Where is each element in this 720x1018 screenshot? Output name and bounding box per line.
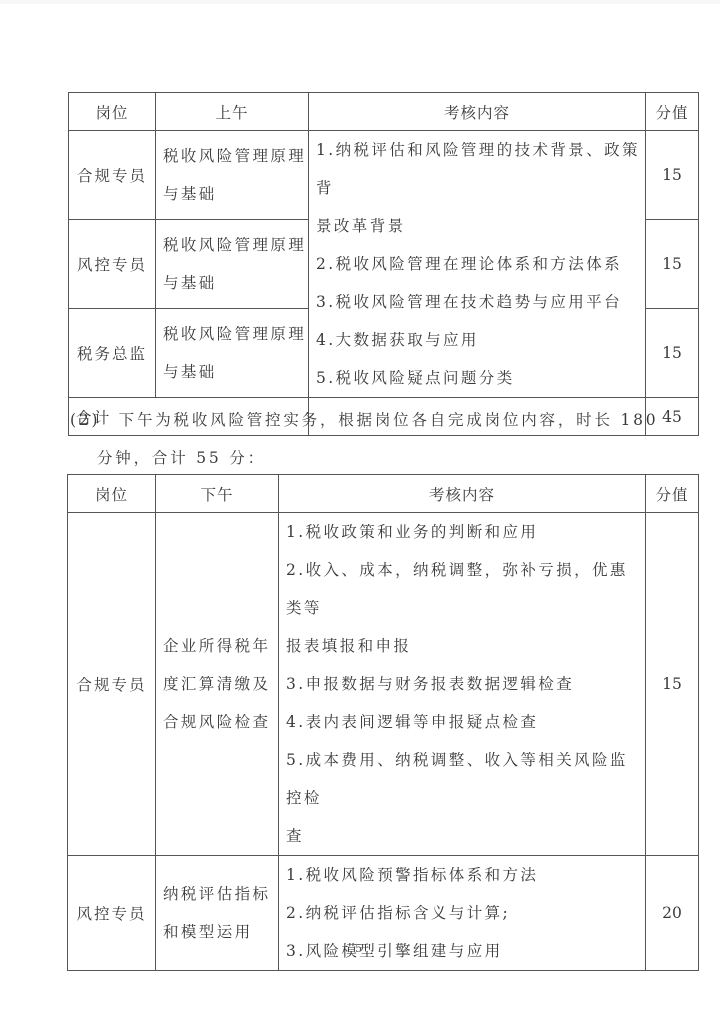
subject-line: 与基础	[163, 175, 308, 213]
subject-line: 纳税评估指标	[163, 875, 278, 913]
table-row: 合规专员 税收风险管理原理 与基础 1.纳税评估和风险管理的技术背景、政策背 景…	[69, 131, 699, 220]
content-line: 5.成本费用、纳税调整、收入等相关风险监控检	[286, 741, 645, 817]
subject-cell: 纳税评估指标 和模型运用	[156, 856, 279, 971]
header-position: 岗位	[69, 93, 156, 131]
subject-line: 合规风险检查	[163, 703, 278, 741]
content-line: 景改革背景	[316, 207, 645, 245]
score-cell: 20	[646, 856, 699, 971]
morning-exam-table: 岗位 上午 考核内容 分值 合规专员 税收风险管理原理 与基础 1.纳税评估和风…	[68, 92, 699, 436]
paragraph-line-2: 分钟，合计 55 分：	[97, 446, 266, 468]
position-cell: 风控专员	[68, 856, 156, 971]
subject-line: 税收风险管理原理	[163, 315, 308, 353]
content-line: 报表填报和申报	[286, 627, 645, 665]
content-line: 5.税收风险疑点问题分类	[316, 359, 645, 397]
content-line: 2.税收风险管理在理论体系和方法体系	[316, 245, 645, 283]
content-cell: 1.纳税评估和风险管理的技术背景、政策背 景改革背景 2.税收风险管理在理论体系…	[309, 131, 646, 398]
header-content: 考核内容	[309, 93, 646, 131]
content-line: 4.表内表间逻辑等申报疑点检查	[286, 703, 645, 741]
content-line: 查	[286, 817, 645, 855]
score-cell: 15	[646, 131, 699, 220]
content-line: 3.税收风险管理在技术趋势与应用平台	[316, 283, 645, 321]
header-position: 岗位	[68, 475, 156, 513]
table-row: 风控专员 纳税评估指标 和模型运用 1.税收风险预警指标体系和方法 2.纳税评估…	[68, 856, 699, 971]
afternoon-exam-table: 岗位 下午 考核内容 分值 合规专员 企业所得税年 度汇算清缴及 合规风险检查 …	[67, 474, 699, 971]
content-line: 3.风险模型引擎组建与应用	[286, 932, 645, 970]
subject-cell: 税收风险管理原理 与基础	[156, 309, 309, 398]
subject-cell: 税收风险管理原理 与基础	[156, 131, 309, 220]
content-line: 2.纳税评估指标含义与计算;	[286, 894, 645, 932]
content-line: 1.税收风险预警指标体系和方法	[286, 856, 645, 894]
table-row: 合规专员 企业所得税年 度汇算清缴及 合规风险检查 1.税收政策和业务的判断和应…	[68, 513, 699, 856]
subject-line: 税收风险管理原理	[163, 226, 308, 264]
subject-line: 度汇算清缴及	[163, 665, 278, 703]
content-line: 3.申报数据与财务报表数据逻辑检查	[286, 665, 645, 703]
subject-cell: 企业所得税年 度汇算清缴及 合规风险检查	[156, 513, 279, 856]
position-cell: 风控专员	[69, 220, 156, 309]
content-line: 1.税收政策和业务的判断和应用	[286, 513, 645, 551]
score-cell: 15	[646, 513, 699, 856]
paragraph-line-1: (2) 下午为税收风险管控实务，根据岗位各自完成岗位内容，时长 180	[70, 408, 658, 430]
subject-line: 企业所得税年	[163, 627, 278, 665]
header-session: 上午	[156, 93, 309, 131]
header-session: 下午	[156, 475, 279, 513]
content-line: 1.纳税评估和风险管理的技术背景、政策背	[316, 131, 645, 207]
subject-cell: 税收风险管理原理 与基础	[156, 220, 309, 309]
content-cell: 1.税收风险预警指标体系和方法 2.纳税评估指标含义与计算; 3.风险模型引擎组…	[279, 856, 646, 971]
page-top-edge	[0, 0, 720, 4]
score-cell: 15	[646, 309, 699, 398]
header-score: 分值	[646, 93, 699, 131]
content-line: 4.大数据获取与应用	[316, 321, 645, 359]
table-header-row: 岗位 下午 考核内容 分值	[68, 475, 699, 513]
table-header-row: 岗位 上午 考核内容 分值	[69, 93, 699, 131]
subject-line: 和模型运用	[163, 913, 278, 951]
page-number: 5	[355, 942, 362, 955]
header-score: 分值	[646, 475, 699, 513]
subject-line: 税收风险管理原理	[163, 137, 308, 175]
position-cell: 税务总监	[69, 309, 156, 398]
header-content: 考核内容	[279, 475, 646, 513]
position-cell: 合规专员	[68, 513, 156, 856]
subject-line: 与基础	[163, 353, 308, 391]
content-cell: 1.税收政策和业务的判断和应用 2.收入、成本，纳税调整，弥补亏损，优惠类等 报…	[279, 513, 646, 856]
subject-line: 与基础	[163, 264, 308, 302]
position-cell: 合规专员	[69, 131, 156, 220]
content-line: 2.收入、成本，纳税调整，弥补亏损，优惠类等	[286, 551, 645, 627]
score-cell: 15	[646, 220, 699, 309]
